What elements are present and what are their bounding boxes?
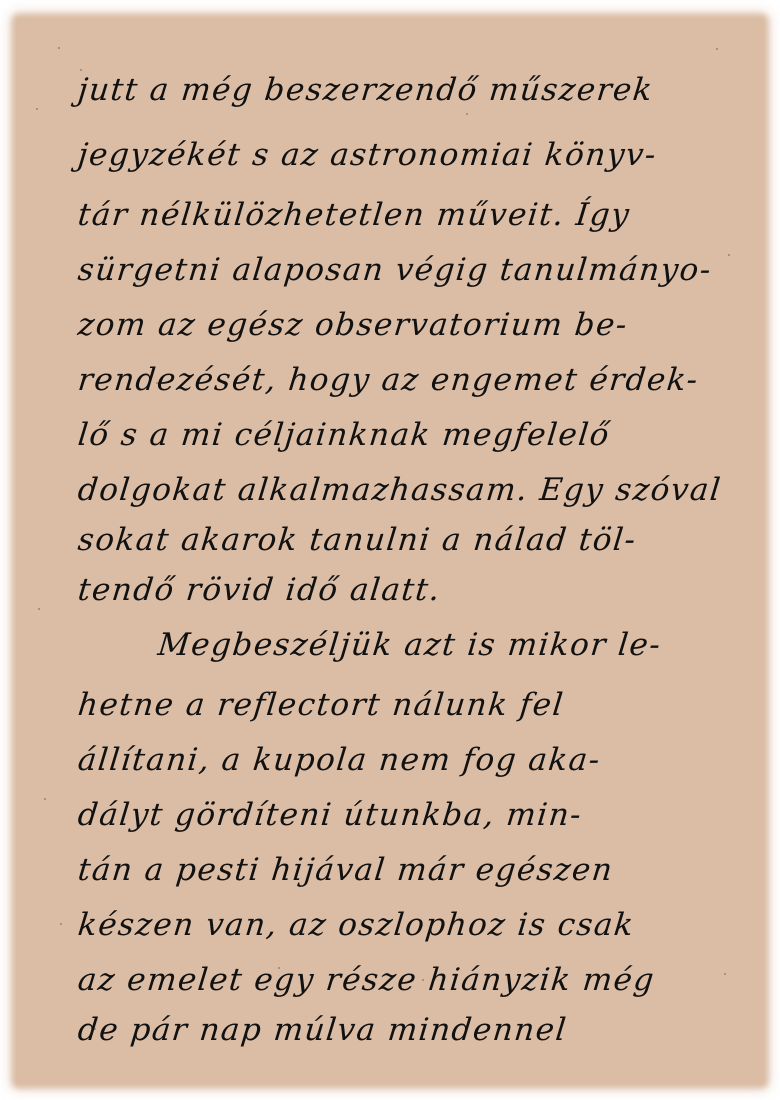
text-line-6: rendezését, hogy az engemet érdek- [76, 360, 701, 400]
text-line-16: készen van, az oszlophoz is csak [76, 905, 636, 945]
letter-page: jutt a még beszerzendő műszerek jegyzéké… [16, 18, 764, 1084]
text-line-8: dolgokat alkalmazhassam. Egy szóval [76, 470, 724, 510]
text-line-12: hetne a reflectort nálunk fel [76, 685, 566, 725]
text-line-3: tár nélkülözhetetlen műveit. Így [76, 195, 632, 235]
text-line-13: állítani, a kupola nem fog aka- [76, 740, 603, 780]
text-line-11: Megbeszéljük azt is mikor le- [156, 625, 664, 665]
text-line-2: jegyzékét s az astronomiai könyv- [76, 135, 659, 175]
text-line-9: sokat akarok tanulni a nálad töl- [76, 520, 639, 560]
text-line-17: az emelet egy része hiányzik még [76, 960, 657, 1000]
text-line-7: lő s a mi céljainknak megfelelő [76, 415, 612, 455]
text-line-4: sürgetni alaposan végig tanulmányo- [76, 250, 714, 290]
text-line-15: tán a pesti hijával már egészen [76, 850, 616, 890]
text-line-5: zom az egész observatorium be- [76, 305, 630, 345]
text-line-10: tendő rövid idő alatt. [76, 570, 443, 610]
handwritten-text: jutt a még beszerzendő műszerek jegyzéké… [16, 18, 764, 1084]
text-line-14: dályt gördíteni útunkba, min- [76, 795, 584, 835]
text-line-18: de pár nap múlva mindennel [76, 1010, 569, 1050]
text-line-1: jutt a még beszerzendő műszerek [76, 70, 655, 110]
